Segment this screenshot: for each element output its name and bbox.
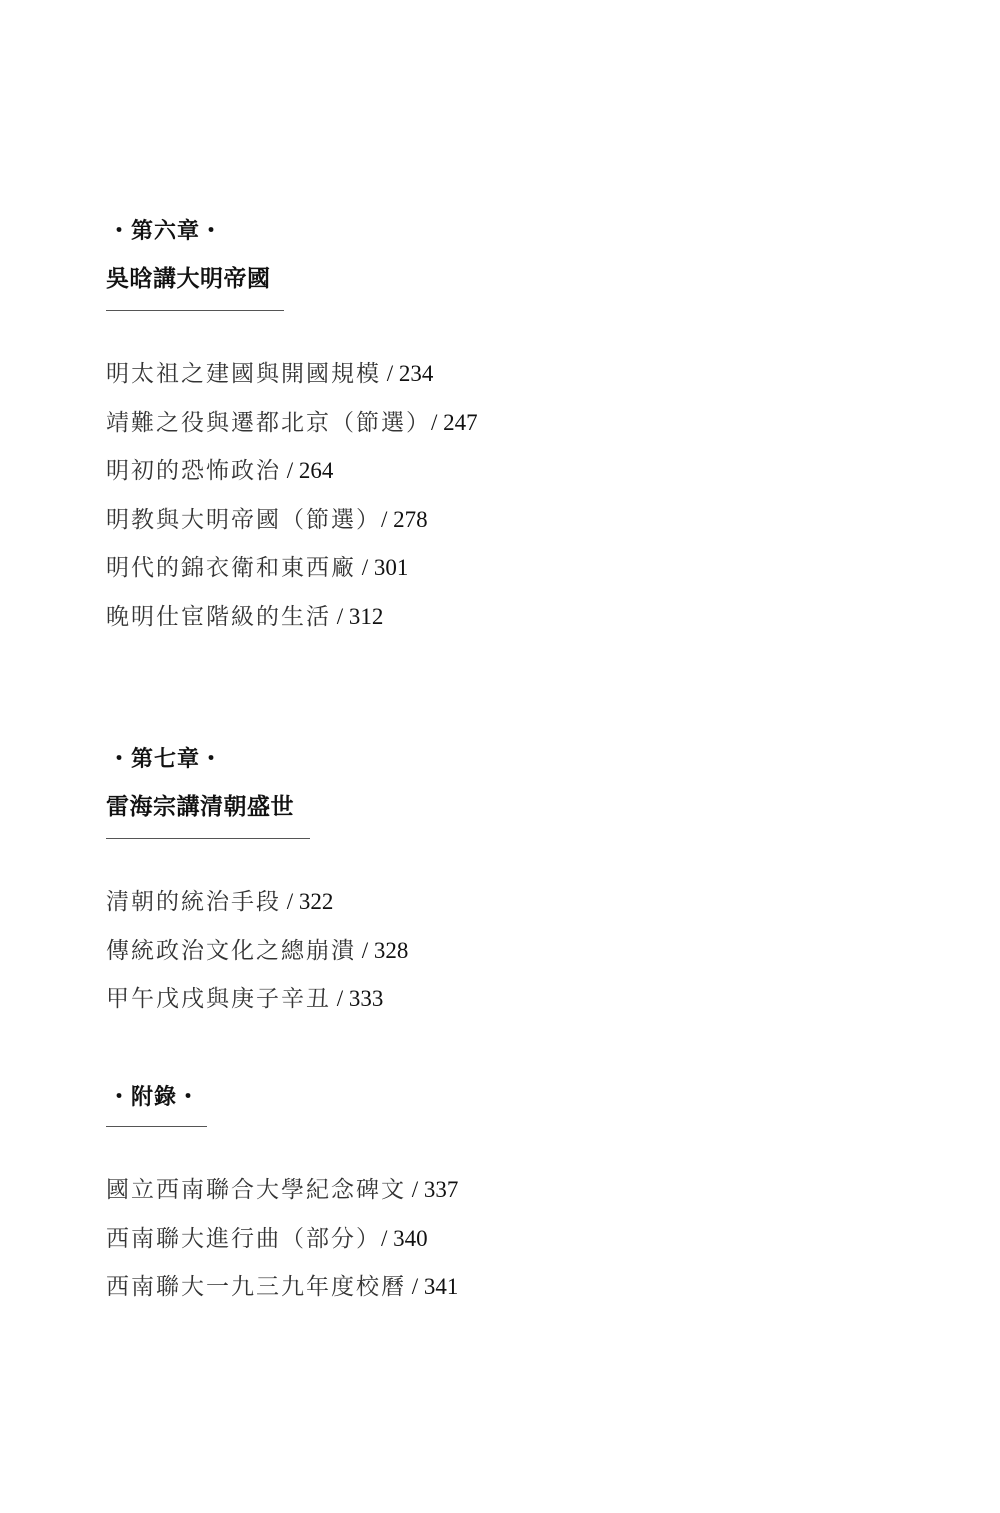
divider xyxy=(106,310,284,311)
entry-page: / 312 xyxy=(331,604,383,629)
entry-title: 靖難之役與遷都北京（節選） xyxy=(106,410,431,436)
entry-title: 明初的恐怖政治 xyxy=(106,458,281,484)
chapter-7-section: ・第七章・ 雷海宗講清朝盛世 清朝的統治手段 / 322 傳統政治文化之總崩潰 … xyxy=(106,744,408,1033)
entry-page: / 278 xyxy=(381,507,428,532)
chapter-label: ・第七章・ xyxy=(108,744,408,774)
appendix-label: ・附錄・ xyxy=(108,1082,458,1112)
divider xyxy=(106,838,310,839)
divider xyxy=(106,1126,207,1127)
entry-title: 清朝的統治手段 xyxy=(106,889,281,915)
entry-page: / 340 xyxy=(381,1226,428,1251)
chapter-title: 吳晗講大明帝國 xyxy=(106,264,478,294)
toc-entry[interactable]: 國立西南聯合大學紀念碑文 / 337 xyxy=(106,1175,458,1224)
entry-title: 甲午戊戌與庚子辛丑 xyxy=(106,986,331,1012)
entry-page: / 247 xyxy=(431,410,478,435)
entry-page: / 333 xyxy=(331,986,383,1011)
entry-title: 晚明仕宦階級的生活 xyxy=(106,604,331,630)
chapter-title: 雷海宗講清朝盛世 xyxy=(106,792,408,822)
entry-title: 明代的錦衣衛和東西廠 xyxy=(106,555,356,581)
entry-page: / 301 xyxy=(356,555,408,580)
appendix-section: ・附錄・ 國立西南聯合大學紀念碑文 / 337 西南聯大進行曲（部分）/ 340… xyxy=(106,1082,458,1321)
toc-list: 清朝的統治手段 / 322 傳統政治文化之總崩潰 / 328 甲午戊戌與庚子辛丑… xyxy=(106,887,408,1033)
toc-entry[interactable]: 傳統政治文化之總崩潰 / 328 xyxy=(106,936,408,985)
entry-title: 國立西南聯合大學紀念碑文 xyxy=(106,1177,406,1203)
entry-title: 傳統政治文化之總崩潰 xyxy=(106,938,356,964)
entry-page: / 328 xyxy=(356,938,408,963)
entry-page: / 322 xyxy=(281,889,333,914)
toc-entry[interactable]: 晚明仕宦階級的生活 / 312 xyxy=(106,602,478,651)
toc-list: 明太祖之建國與開國規模 / 234 靖難之役與遷都北京（節選）/ 247 明初的… xyxy=(106,359,478,651)
toc-entry[interactable]: 靖難之役與遷都北京（節選）/ 247 xyxy=(106,408,478,457)
entry-title: 西南聯大一九三九年度校曆 xyxy=(106,1274,406,1300)
toc-entry[interactable]: 西南聯大一九三九年度校曆 / 341 xyxy=(106,1272,458,1321)
entry-title: 明教與大明帝國（節選） xyxy=(106,507,381,533)
entry-page: / 341 xyxy=(406,1274,458,1299)
entry-title: 西南聯大進行曲（部分） xyxy=(106,1226,381,1252)
entry-page: / 234 xyxy=(381,361,433,386)
toc-entry[interactable]: 甲午戊戌與庚子辛丑 / 333 xyxy=(106,984,408,1033)
toc-entry[interactable]: 明教與大明帝國（節選）/ 278 xyxy=(106,505,478,554)
chapter-label: ・第六章・ xyxy=(108,216,478,246)
toc-entry[interactable]: 明初的恐怖政治 / 264 xyxy=(106,456,478,505)
toc-list: 國立西南聯合大學紀念碑文 / 337 西南聯大進行曲（部分）/ 340 西南聯大… xyxy=(106,1175,458,1321)
chapter-6-section: ・第六章・ 吳晗講大明帝國 明太祖之建國與開國規模 / 234 靖難之役與遷都北… xyxy=(106,216,478,651)
entry-page: / 337 xyxy=(406,1177,458,1202)
toc-entry[interactable]: 明代的錦衣衛和東西廠 / 301 xyxy=(106,553,478,602)
toc-entry[interactable]: 明太祖之建國與開國規模 / 234 xyxy=(106,359,478,408)
toc-entry[interactable]: 清朝的統治手段 / 322 xyxy=(106,887,408,936)
toc-entry[interactable]: 西南聯大進行曲（部分）/ 340 xyxy=(106,1224,458,1273)
entry-title: 明太祖之建國與開國規模 xyxy=(106,361,381,387)
entry-page: / 264 xyxy=(281,458,333,483)
